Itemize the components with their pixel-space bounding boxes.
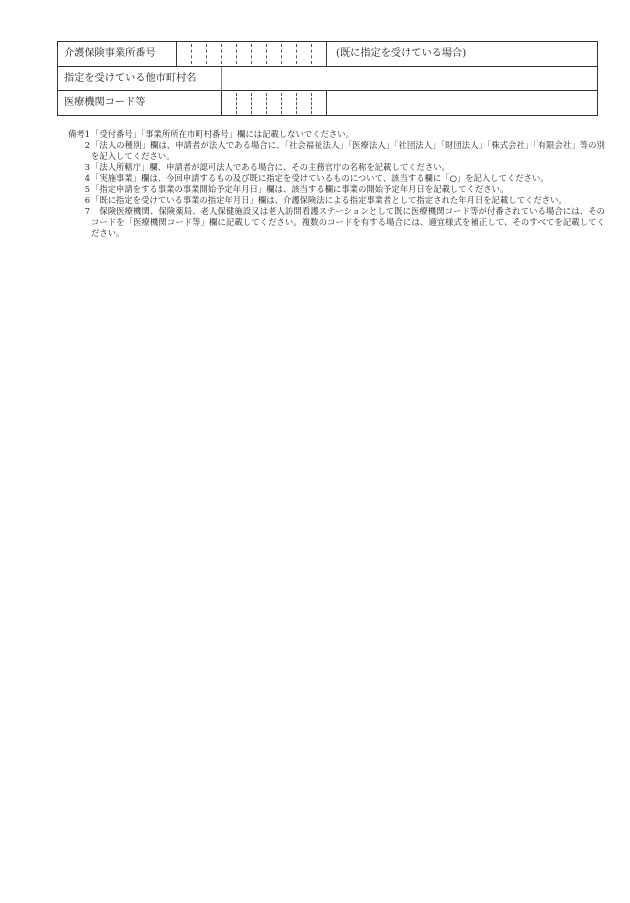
medical-code-extra xyxy=(326,91,597,116)
office-info-table: 介護保険事業所番号 (既に指定を受けている場合) 指定を受けている他市町村名 医… xyxy=(57,41,598,116)
remark-number: 3 xyxy=(60,162,91,173)
remark-number: 7 xyxy=(60,206,91,239)
remark-number: 5 xyxy=(60,184,91,195)
remark-number: 6 xyxy=(60,195,91,206)
remark-item: 2 「法人の種別」欄は、申請者が法人である場合に、「社会福祉法人」「医療法人」「… xyxy=(60,140,605,162)
remark-text: 「受付番号」「事業所所在市町村番号」欄には記載しないでください。 xyxy=(91,129,605,140)
remark-number: 4 xyxy=(60,173,91,184)
remark-item: 6 「既に指定を受けている事業の指定年月日」欄は、介護保険法による指定事業者とし… xyxy=(60,195,605,206)
remark-number: 2 xyxy=(60,140,91,162)
label-medical-institution-code: 医療機関コード等 xyxy=(58,91,221,116)
remark-text: 「指定申請をする事業の事業開始予定年月日」欄は、該当する欄に事業の開始予定年月日… xyxy=(91,184,605,195)
remark-number: 1 xyxy=(85,129,90,139)
remark-item: 5 「指定申請をする事業の事業開始予定年月日」欄は、該当する欄に事業の開始予定年… xyxy=(60,184,605,195)
row-care-insurance-office-number: 介護保険事業所番号 (既に指定を受けている場合) xyxy=(58,42,597,67)
already-designated-note: (既に指定を受けている場合) xyxy=(326,42,597,66)
label-other-municipality: 指定を受けている他市町村名 xyxy=(58,67,221,90)
remark-item: 7 保険医療機関、保険薬局、老人保健施設又は老人訪問看護ステーションとして既に医… xyxy=(60,206,605,239)
remark-text: 「既に指定を受けている事業の指定年月日」欄は、介護保険法による指定事業者として指… xyxy=(91,195,605,206)
remark-item: 3 「法人所轄庁」欄、申請者が認可法人である場合に、その主務官庁の名称を記載して… xyxy=(60,162,605,173)
remark-item: 備考1 「受付番号」「事業所所在市町村番号」欄には記載しないでください。 xyxy=(60,129,605,140)
label-care-insurance-office-number: 介護保険事業所番号 xyxy=(58,42,176,66)
office-number-input[interactable] xyxy=(176,42,326,66)
remark-item: 4 「実施事業」欄は、今回申請するもの及び既に指定を受けているものについて、該当… xyxy=(60,173,605,184)
remark-text: 保険医療機関、保険薬局、老人保健施設又は老人訪問看護ステーションとして既に医療機… xyxy=(91,206,605,239)
other-municipality-input[interactable] xyxy=(221,67,597,90)
remark-text: 「法人所轄庁」欄、申請者が認可法人である場合に、その主務官庁の名称を記載してくだ… xyxy=(91,162,605,173)
remark-text: 「実施事業」欄は、今回申請するもの及び既に指定を受けているものについて、該当する… xyxy=(91,173,605,184)
remarks-prefix: 備考 xyxy=(68,129,85,139)
remarks-section: 備考1 「受付番号」「事業所所在市町村番号」欄には記載しないでください。 2 「… xyxy=(60,129,605,239)
row-other-municipality: 指定を受けている他市町村名 xyxy=(58,67,597,91)
medical-code-input[interactable] xyxy=(221,91,326,116)
row-medical-institution-code: 医療機関コード等 xyxy=(58,91,597,116)
remark-text: 「法人の種別」欄は、申請者が法人である場合に、「社会福祉法人」「医療法人」「社団… xyxy=(91,140,605,162)
